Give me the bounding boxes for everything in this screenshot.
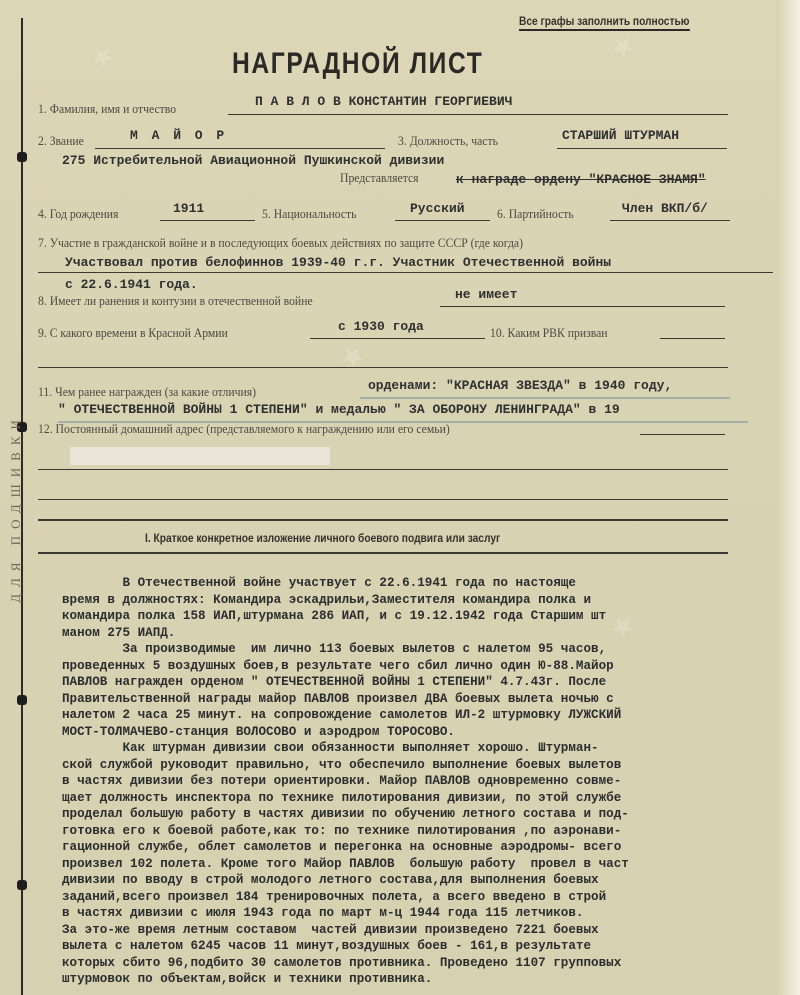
text-line: вылета с налетом 6245 часов 11 минут,воз… <box>62 938 629 955</box>
field-line <box>440 306 725 307</box>
text-line: командира полка 158 ИАП,штурмана 286 ИАП… <box>62 608 629 625</box>
field-7-value-1: Участвовал против белофиннов 1939-40 г.г… <box>65 255 611 270</box>
field-line <box>38 367 728 368</box>
field-line <box>38 499 728 500</box>
field-7-label: 7. Участие в гражданской войне и в после… <box>38 235 523 251</box>
text-line: проделал большую работу в частях дивизии… <box>62 806 629 823</box>
text-line: в частях дивизии с июля 1943 года по мар… <box>62 905 629 922</box>
field-11-label: 11. Чем ранее награжден (за какие отличи… <box>38 384 256 400</box>
hole-punch-mark <box>17 152 27 162</box>
field-line <box>660 338 725 339</box>
field-line <box>557 148 727 149</box>
text-line: налетом 2 часа 25 минут. на сопровождени… <box>62 707 629 724</box>
text-line: гационной службе, облет самолетов и пере… <box>62 839 629 856</box>
field-12-label: 12. Постоянный домашний адрес (представл… <box>38 421 450 437</box>
field-line <box>95 148 385 149</box>
text-line: в частях дивизии без потери ориентировки… <box>62 773 629 790</box>
field-6-value: Член ВКП/б/ <box>622 201 708 216</box>
field-line <box>395 220 490 221</box>
text-line: За производимые им лично 113 боевых выле… <box>62 641 629 658</box>
field-line <box>228 114 728 115</box>
pencil-underline <box>360 397 730 399</box>
field-line <box>38 519 728 521</box>
text-line: время в должностях: Командира эскадрильи… <box>62 592 629 609</box>
text-line: МОСТ-ТОЛМАЧЕВО-станция ВОЛОСОВО и аэродр… <box>62 724 629 741</box>
field-11-value-2: " ОТЕЧЕСТВЕННОЙ ВОЙНЫ 1 СТЕПЕНИ" и медал… <box>58 402 620 417</box>
field-2-value: М А Й О Р <box>130 128 227 143</box>
text-line: ской службой руководит правильно, что об… <box>62 757 629 774</box>
section-heading: I. Краткое конкретное изложение личного … <box>145 531 500 545</box>
field-3-value: СТАРШИЙ ШТУРМАН <box>562 128 679 143</box>
field-2-label: 2. Звание <box>38 133 84 149</box>
field-line <box>38 272 773 273</box>
field-4-value: 1911 <box>173 201 204 216</box>
field-line <box>160 220 255 221</box>
hole-punch-mark <box>17 695 27 705</box>
nominated-value: к награде ордену "КРАСНОЕ ЗНАМЯ" <box>456 172 706 187</box>
field-9-label: 9. С какого времени в Красной Армии <box>38 325 228 341</box>
binding-label: ДЛЯ ПОДШИВКИ <box>8 408 24 608</box>
text-line: маном 275 ИАПД. <box>62 625 629 642</box>
text-line: Как штурман дивизии свои обязанности вып… <box>62 740 629 757</box>
text-line: штурмовок по объектам,войск и техники пр… <box>62 971 629 988</box>
field-8-label: 8. Имеет ли ранения и контузии в отечест… <box>38 293 313 309</box>
text-line: дивизии по вводу в строй молодого летног… <box>62 872 629 889</box>
text-line: За это-же время летным составом частей д… <box>62 922 629 939</box>
field-9-value: с 1930 года <box>338 319 424 334</box>
nominated-label: Представляется <box>340 170 419 186</box>
text-line: произвел 102 полета. Кроме того Майор ПА… <box>62 856 629 873</box>
field-6-label: 6. Партийность <box>497 206 574 222</box>
field-1-label: 1. Фамилия, имя и отчество <box>38 101 176 117</box>
field-1-value: П А В Л О В КОНСТАНТИН ГЕОРГИЕВИЧ <box>255 94 512 109</box>
field-3-label: 3. Должность, часть <box>398 133 498 149</box>
text-line: проведенных 5 воздушных боев,в результат… <box>62 658 629 675</box>
field-5-value: Русский <box>410 201 465 216</box>
field-8-value: не имеет <box>455 287 517 302</box>
text-line: которых сбито 96,подбито 30 самолетов пр… <box>62 955 629 972</box>
field-line <box>38 469 728 470</box>
text-line: В Отечественной войне участвует с 22.6.1… <box>62 575 629 592</box>
text-line: ПАВЛОВ награжден орденом " ОТЕЧЕСТВЕННОЙ… <box>62 674 629 691</box>
text-line: щает должность инспектора по технике пил… <box>62 790 629 807</box>
field-line <box>640 434 725 435</box>
merit-description: В Отечественной войне участвует с 22.6.1… <box>62 575 629 988</box>
field-3-value-cont: 275 Истребительной Авиационной Пушкинско… <box>62 153 444 168</box>
text-line: Правительственной награды майор ПАВЛОВ п… <box>62 691 629 708</box>
field-4-label: 4. Год рождения <box>38 206 118 222</box>
document-title: НАГРАДНОЙ ЛИСТ <box>232 47 483 81</box>
field-line <box>310 338 485 339</box>
field-7-value-2: с 22.6.1941 года. <box>65 277 198 292</box>
torn-right-edge <box>776 0 800 995</box>
redacted-address <box>70 447 330 465</box>
field-5-label: 5. Национальность <box>262 206 357 222</box>
field-line <box>610 220 730 221</box>
section-divider <box>38 552 728 554</box>
field-10-label: 10. Каким РВК призван <box>490 325 608 341</box>
hole-punch-mark <box>17 880 27 890</box>
text-line: заданий,всего произвел 184 тренировочных… <box>62 889 629 906</box>
fill-instruction: Все графы заполнить полностью <box>519 14 689 31</box>
field-11-value-1: орденами: "КРАСНАЯ ЗВЕЗДА" в 1940 году, <box>368 378 672 393</box>
text-line: готовка его к боевой работе,как то: по т… <box>62 823 629 840</box>
